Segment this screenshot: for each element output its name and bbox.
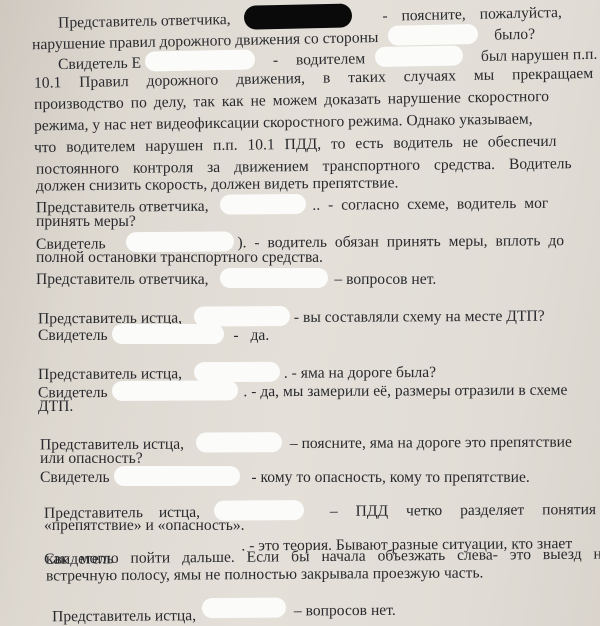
text: - поясните, пожалуйста, [382,4,562,25]
line: Представитель истца, – вопросов нет. [52,597,396,626]
redaction [375,45,463,67]
redaction [145,49,255,71]
speaker: Представитель ответчика, [58,11,231,32]
redaction [196,432,282,452]
line: должен снизить скорость, должен видеть п… [36,174,399,195]
speaker: Представитель ответчика, [36,271,209,288]
redaction [194,362,280,382]
redaction [114,466,240,486]
document-page: Представитель ответчика, - поясните, пож… [0,0,600,626]
line: Представитель ответчика, – вопросов нет. [36,268,436,289]
redaction [388,24,478,46]
text: был нарушен п.п. [481,46,598,65]
line: «препятствие» и «опасность». [44,517,245,535]
text: было? [494,26,535,44]
speaker: Свидетель Е [58,55,141,74]
line: ДТП. [38,398,73,416]
redaction [111,380,237,401]
speaker: Свидетель [40,469,110,486]
line: режима, у нас нет видеофиксации скоростн… [34,111,533,136]
text: – ПДД четко разделяет понятия [330,501,596,520]
text: - кому то опасность, кому то препятствие… [251,469,529,486]
speaker: Представитель истца, [52,607,196,625]
text: – поясните, яма на дороге это препятстви… [290,434,572,452]
text: - да. [233,327,269,344]
text: – вопросов нет. [294,602,396,620]
redaction [202,598,286,619]
speaker: Свидетель [38,327,108,344]
redaction [244,3,352,29]
line: что водителем нарушен п.п. 10.1 ПДД, то … [34,133,557,157]
line: производство по делу, так как не можем д… [34,88,549,114]
text: - водителем [273,50,366,69]
text: . - да, мы замерили её, размеры отразили… [243,382,567,401]
redaction [220,268,328,288]
text: - вы составляли схему на месте ДТП? [294,308,545,326]
line: принять меры? [36,213,136,231]
redaction [220,194,306,215]
text: .. - согласно схеме, водитель мог [312,195,548,214]
redaction [112,324,224,344]
line: встречную полосу, ямы не полностью закры… [46,564,484,585]
line: Свидетель . - да, мы замерили её, размер… [38,379,568,403]
text: – вопросов нет. [334,271,436,288]
line: полной остановки транспортного средства. [36,249,323,267]
line: Свидетель - да. [38,324,269,345]
line: Свидетель - кому то опасность, кому то п… [40,466,530,487]
